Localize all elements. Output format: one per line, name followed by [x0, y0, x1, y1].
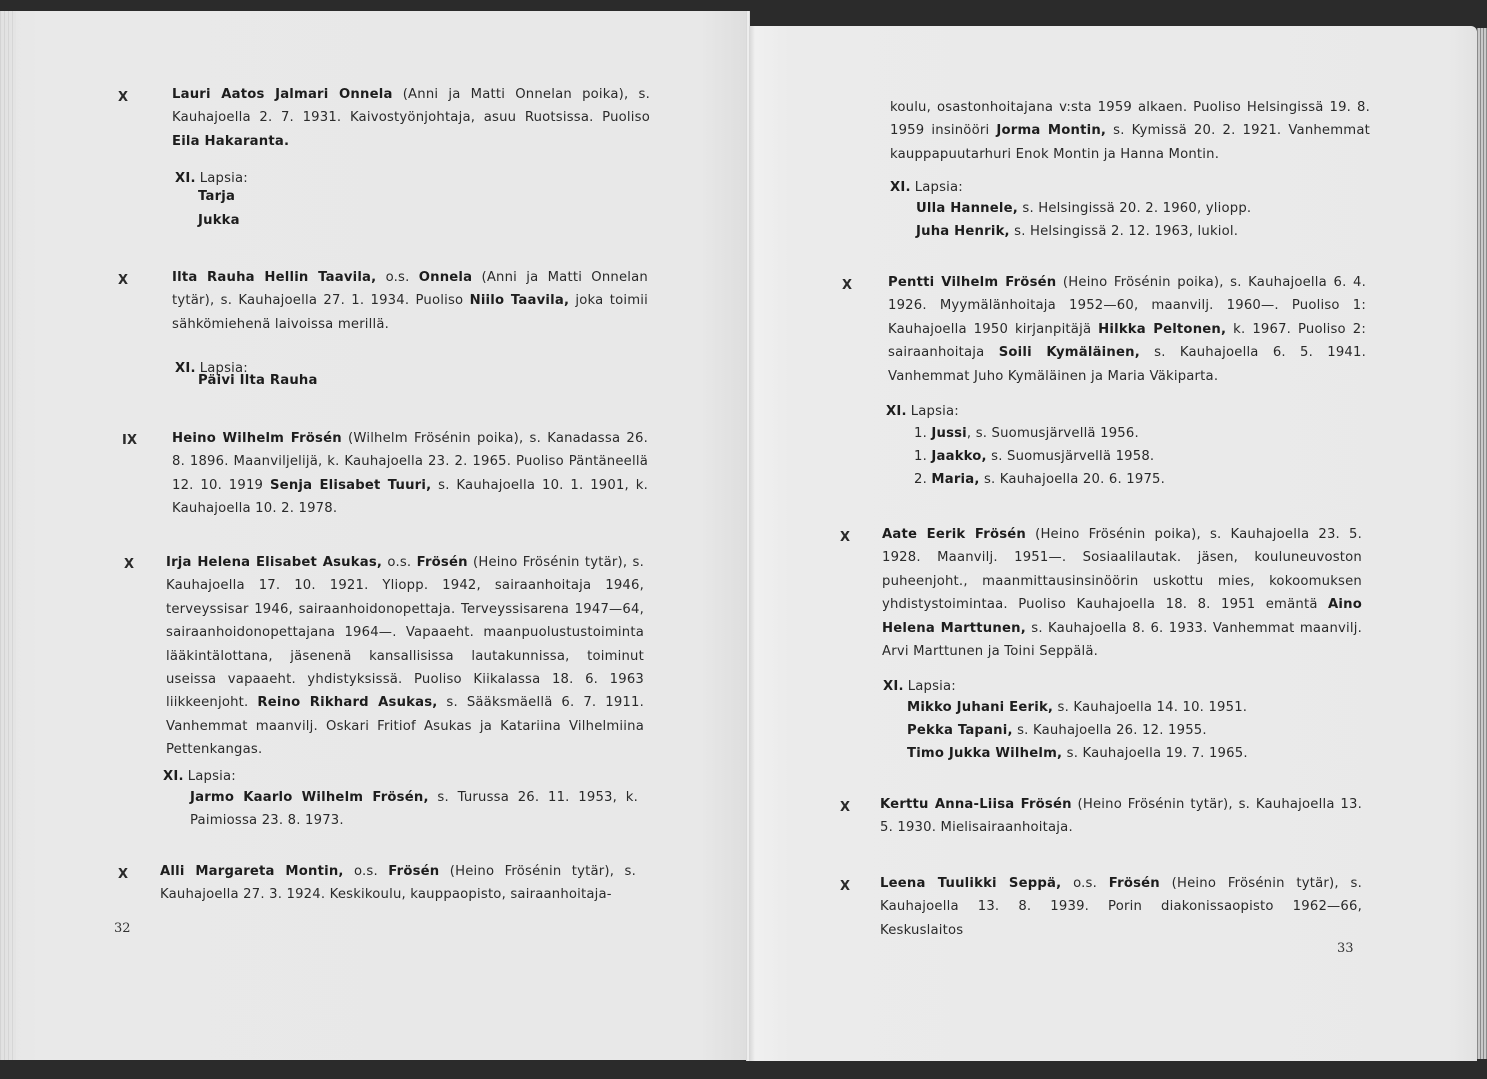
nee-text: o.s. — [382, 555, 416, 570]
birth-name: Frösén — [388, 864, 439, 879]
child-details: s. Suomusjärvellä 1958. — [987, 449, 1155, 464]
generation-marker: X — [842, 274, 852, 297]
child-name: Jarmo Kaarlo Wilhelm Frösén, — [190, 790, 429, 805]
entry-body: Alli Margareta Montin, o.s. Frösén (Hein… — [160, 860, 636, 907]
generation-marker: X — [840, 875, 850, 898]
birth-name: Frösén — [1109, 876, 1160, 891]
nee-text: o.s. — [376, 270, 418, 285]
person-name: Aate Eerik Frösén — [882, 527, 1026, 542]
children-generation: XI. — [175, 171, 196, 186]
generation-marker: X — [840, 526, 850, 549]
person-name: Pentti Vilhelm Frösén — [888, 275, 1056, 290]
right-page: koulu, osastonhoitajana v:sta 1959 alkae… — [749, 26, 1477, 1061]
generation-marker: X — [118, 863, 128, 886]
child-item: 1. Jaakko, s. Suomusjärvellä 1958. — [914, 445, 1154, 468]
generation-marker: X — [118, 269, 128, 292]
generation-marker: IX — [122, 429, 137, 452]
children-label: XI.Lapsia: — [883, 675, 956, 698]
birth-name: Onnela — [419, 270, 473, 285]
child-item: Tarja — [198, 185, 235, 208]
spouse-name: Hilkka Peltonen, — [1098, 322, 1226, 337]
child-details: s. Kauhajoella 20. 6. 1975. — [980, 472, 1165, 487]
child-item: 1. Jussi, s. Suomusjärvellä 1956. — [914, 422, 1139, 445]
person-name: Lauri Aatos Jalmari Onnela — [172, 87, 393, 102]
left-page: X Lauri Aatos Jalmari Onnela (Anni ja Ma… — [0, 11, 748, 1060]
child-name: Jussi — [931, 426, 967, 441]
child-details: s. Kauhajoella 19. 7. 1965. — [1062, 746, 1247, 761]
child-name: Mikko Juhani Eerik, — [907, 700, 1053, 715]
nee-text: o.s. — [344, 864, 389, 879]
child-name: Timo Jukka Wilhelm, — [907, 746, 1062, 761]
child-name: Jaakko, — [931, 449, 986, 464]
child-name: Juha Henrik, — [916, 224, 1010, 239]
person-name: Alli Margareta Montin, — [160, 864, 344, 879]
entry-body: Aate Eerik Frösén (Heino Frösénin poika)… — [882, 523, 1362, 663]
child-number: 1. — [914, 426, 927, 441]
generation-marker: X — [118, 86, 128, 109]
spouse-2-name: Soili Kymäläinen, — [999, 345, 1140, 360]
spouse-name: Senja Elisabet Tuuri, — [270, 478, 431, 493]
child-name: Ulla Hannele, — [916, 201, 1018, 216]
child-item: Pekka Tapani, s. Kauhajoella 26. 12. 195… — [907, 719, 1207, 742]
entry-body: Leena Tuulikki Seppä, o.s. Frösén (Heino… — [880, 872, 1362, 942]
children-generation: XI. — [890, 180, 911, 195]
spouse-name: Eila Hakaranta. — [172, 134, 289, 149]
person-name: Leena Tuulikki Seppä, — [880, 876, 1061, 891]
child-item: Juha Henrik, s. Helsingissä 2. 12. 1963,… — [916, 220, 1238, 243]
children-label: XI.Lapsia: — [886, 400, 959, 423]
generation-marker: X — [124, 553, 134, 576]
children-label-text: Lapsia: — [915, 180, 963, 195]
page-number: 32 — [114, 921, 131, 936]
children-label-text: Lapsia: — [908, 679, 956, 694]
child-item: Jukka — [198, 209, 240, 232]
entry-body: koulu, osastonhoitajana v:sta 1959 alkae… — [890, 96, 1370, 166]
children-label-text: Lapsia: — [188, 769, 236, 784]
child-item: Jarmo Kaarlo Wilhelm Frösén, s. Turussa … — [190, 786, 638, 833]
person-name: Irja Helena Elisabet Asukas, — [166, 555, 382, 570]
child-number: 1. — [914, 449, 927, 464]
child-details: s. Helsingissä 2. 12. 1963, lukiol. — [1010, 224, 1238, 239]
entry-text: (Heino Frösénin tytär), s. Kauhajoella 1… — [166, 555, 644, 710]
entry-body: Ilta Rauha Hellin Taavila, o.s. Onnela (… — [172, 266, 648, 336]
child-name: Pekka Tapani, — [907, 723, 1013, 738]
child-item: Päivi Ilta Rauha — [198, 369, 318, 392]
spouse-name: Jorma Montin, — [996, 123, 1106, 138]
nee-text: o.s. — [1061, 876, 1108, 891]
children-generation: XI. — [886, 404, 907, 419]
child-number: 2. — [914, 472, 927, 487]
children-label: XI.Lapsia: — [163, 765, 236, 788]
spouse-name: Reino Rikhard Asukas, — [257, 695, 437, 710]
child-item: 2. Maria, s. Kauhajoella 20. 6. 1975. — [914, 468, 1165, 491]
child-details: s. Kauhajoella 14. 10. 1951. — [1053, 700, 1247, 715]
page-edge-stack — [1477, 28, 1487, 1059]
spouse-name: Niilo Taavila, — [470, 293, 570, 308]
child-details: s. Helsingissä 20. 2. 1960, yliopp. — [1018, 201, 1251, 216]
entry-body: Heino Wilhelm Frösén (Wilhelm Frösénin p… — [172, 427, 648, 521]
children-generation: XI. — [883, 679, 904, 694]
page-edge-shading — [0, 11, 16, 1060]
person-name: Ilta Rauha Hellin Taavila, — [172, 270, 376, 285]
person-name: Heino Wilhelm Frösén — [172, 431, 342, 446]
child-details: s. Kauhajoella 26. 12. 1955. — [1013, 723, 1207, 738]
entry-body: Irja Helena Elisabet Asukas, o.s. Frösén… — [166, 551, 644, 762]
entry-body: Kerttu Anna-Liisa Frösén (Heino Frösénin… — [880, 793, 1362, 840]
child-item: Ulla Hannele, s. Helsingissä 20. 2. 1960… — [916, 197, 1251, 220]
person-name: Kerttu Anna-Liisa Frösén — [880, 797, 1072, 812]
children-label-text: Lapsia: — [200, 171, 248, 186]
children-generation: XI. — [163, 769, 184, 784]
page-number: 33 — [1337, 941, 1354, 956]
generation-marker: X — [840, 796, 850, 819]
child-item: Timo Jukka Wilhelm, s. Kauhajoella 19. 7… — [907, 742, 1248, 765]
child-item: Mikko Juhani Eerik, s. Kauhajoella 14. 1… — [907, 696, 1247, 719]
birth-name: Frösén — [417, 555, 468, 570]
children-label-text: Lapsia: — [911, 404, 959, 419]
entry-body: Pentti Vilhelm Frösén (Heino Frösénin po… — [888, 271, 1366, 388]
child-name: Maria, — [931, 472, 979, 487]
children-label: XI.Lapsia: — [890, 176, 963, 199]
entry-body: Lauri Aatos Jalmari Onnela (Anni ja Matt… — [172, 83, 650, 153]
children-generation: XI. — [175, 361, 196, 376]
child-details: , s. Suomusjärvellä 1956. — [967, 426, 1139, 441]
